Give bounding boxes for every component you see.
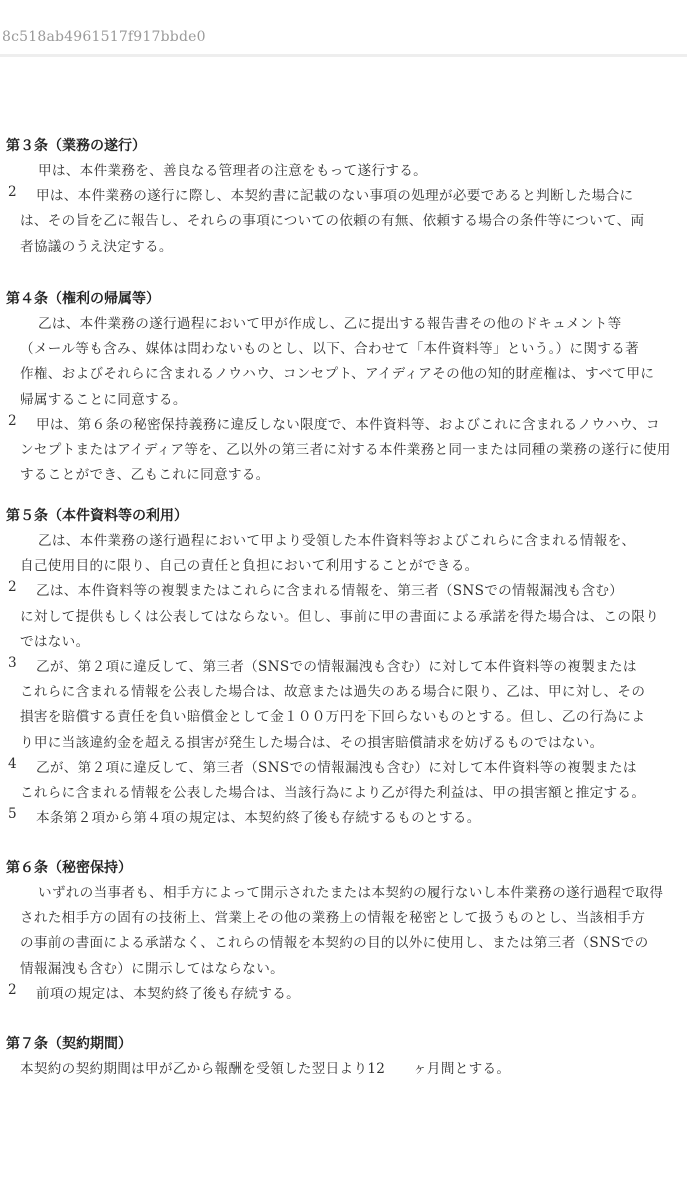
article-heading: 第５条（本件資料等の利用）	[6, 505, 188, 525]
clause-text-line: は、その旨を乙に報告し、それらの事項についての依頼の有無、依頼する場合の条件等に…	[20, 209, 644, 229]
top-divider	[0, 54, 687, 57]
clause-text-line: 作権、およびそれらに含まれるノウハウ、コンセプト、アイディアその他の知的財産権は…	[20, 362, 654, 382]
clause-text-line: いずれの当事者も、相手方によって開示されたまたは本契約の履行ないし本件業務の遂行…	[38, 881, 663, 901]
clause-number: 2	[8, 184, 17, 200]
clause-text-line: ンセプトまたはアイディア等を、乙以外の第三者に対する本件業務と同一または同種の業…	[20, 438, 671, 458]
clause-text-line: 乙が、第２項に違反して、第三者（SNSでの情報漏洩も含む）に対して本件資料等の複…	[36, 655, 637, 675]
clause-number: 4	[8, 756, 17, 772]
clause-text-line: これらに含まれる情報を公表した場合は、故意または過失のある場合に限り、乙は、甲に…	[20, 680, 645, 700]
article-heading: 第６条（秘密保持）	[6, 857, 132, 877]
clause-number: 5	[8, 806, 17, 822]
clause-text-line: 乙が、第２項に違反して、第三者（SNSでの情報漏洩も含む）に対して本件資料等の複…	[36, 756, 637, 776]
clause-text-line: 本契約の契約期間は甲が乙から報酬を受領した翌日より12 ヶ月間とする。	[20, 1057, 510, 1077]
clause-number: 2	[8, 413, 17, 429]
clause-text-line: これらに含まれる情報を公表した場合は、当該行為により乙が得た利益は、甲の損害額と…	[20, 781, 645, 801]
clause-text-line: り甲に当該違約金を超える損害が発生した場合は、その損害賠償請求を妨げるものではな…	[20, 731, 604, 751]
clause-text-line: （メール等も含み、媒体は問わないものとし、以下、合わせて「本件資料等」という。）…	[20, 337, 639, 357]
clause-text-line: された相手方の固有の技術上、営業上その他の業務上の情報を秘密として扱うものとし、…	[20, 906, 645, 926]
clause-text-line: 者協議のうえ決定する。	[20, 235, 173, 255]
article-heading: 第４条（権利の帰属等）	[6, 288, 160, 308]
clause-text-line: 甲は、本件業務を、善良なる管理者の注意をもって遂行する。	[38, 159, 427, 179]
clause-text-line: に対して提供もしくは公表してはならない。但し、事前に甲の書面による承諾を得た場合…	[20, 605, 659, 625]
clause-text-line: 乙は、本件業務の遂行過程において甲より受領した本件資料等およびこれらに含まれる情…	[38, 529, 635, 549]
clause-text-line: 乙は、本件資料等の複製またはこれらに含まれる情報を、第三者（SNSでの情報漏洩も…	[36, 579, 623, 599]
clause-text-line: ではない。	[20, 630, 89, 650]
clause-number: 3	[8, 655, 17, 671]
clause-text-line: 自己使用目的に限り、自己の責任と負担において利用することができる。	[20, 554, 479, 574]
clause-text-line: の事前の書面による承諾なく、これらの情報を本契約の目的以外に使用し、または第三者…	[20, 931, 649, 951]
clause-text-line: 帰属することに同意する。	[20, 388, 187, 408]
clause-text-line: 情報漏洩も含む）に開示してはならない。	[20, 957, 284, 977]
clause-text-line: 損害を賠償する責任を負い賠償金として金１００万円を下回らないものとする。但し、乙…	[20, 705, 645, 725]
clause-text-line: 本条第２項から第４項の規定は、本契約終了後も存続するものとする。	[36, 806, 481, 826]
article-heading: 第３条（業務の遂行）	[6, 135, 146, 155]
clause-text-line: 前項の規定は、本契約終了後も存続する。	[36, 982, 300, 1002]
document-id: 8c518ab4961517f917bbde0	[2, 29, 206, 45]
clause-text-line: することができ、乙もこれに同意する。	[20, 463, 270, 483]
clause-number: 2	[8, 982, 17, 998]
clause-text-line: 甲は、本件業務の遂行に際し、本契約書に記載のない事項の処理が必要であると判断した…	[36, 184, 633, 204]
clause-text-line: 乙は、本件業務の遂行過程において甲が作成し、乙に提出する報告書その他のドキュメン…	[38, 312, 622, 332]
article-heading: 第７条（契約期間）	[6, 1033, 132, 1053]
clause-number: 2	[8, 579, 17, 595]
clause-text-line: 甲は、第６条の秘密保持義務に違反しない限度で、本件資料等、およびこれに含まれるノ…	[36, 413, 660, 433]
